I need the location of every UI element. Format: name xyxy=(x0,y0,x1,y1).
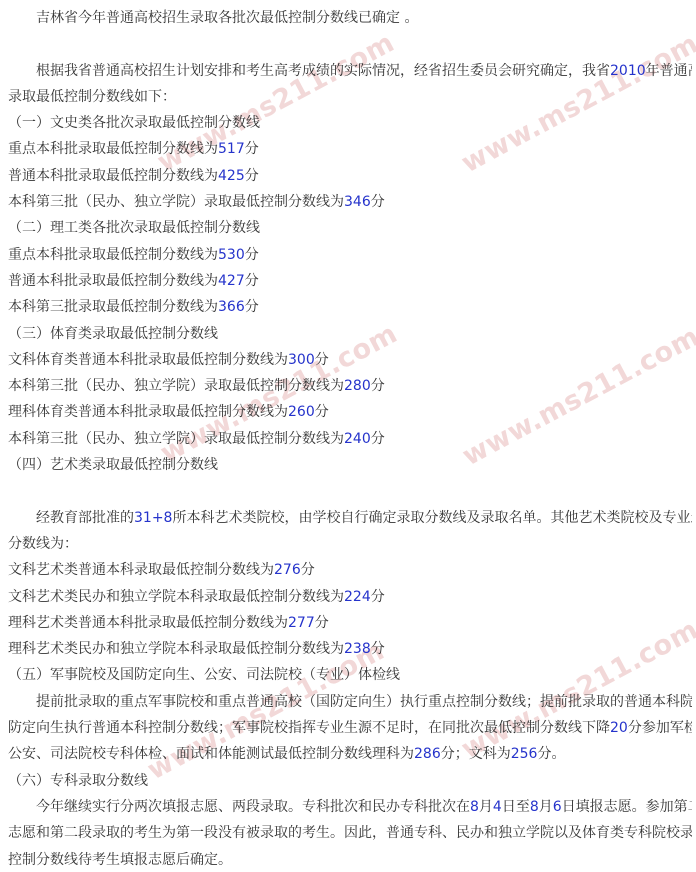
blank-line xyxy=(8,31,692,57)
score-number: 346 xyxy=(344,194,371,210)
text-line: 本科第三批（民办、独立学院）录取最低控制分数线为240分 xyxy=(8,426,692,452)
body-text: 分 xyxy=(371,589,385,605)
body-text: 控制分数线待考生填报志愿后确定。 xyxy=(8,852,232,868)
text-line: 普通本科批录取最低控制分数线为425分 xyxy=(8,163,692,189)
text-line: 录取最低控制分数线如下： xyxy=(8,84,692,110)
score-number: 8 xyxy=(530,799,539,815)
body-text: （一）文史类各批次录取最低控制分数线 xyxy=(8,115,260,131)
text-line: （二）理工类各批次录取最低控制分数线 xyxy=(8,215,692,241)
score-number: 6 xyxy=(553,799,562,815)
body-text: 分。 xyxy=(537,746,565,762)
text-line: （五）军事院校及国防定向生、公安、司法院校（专业）体检线 xyxy=(8,662,692,688)
score-number: 224 xyxy=(344,589,371,605)
body-text: 分 xyxy=(245,247,259,263)
body-text: 公安、司法院校专科体检、面试和体能测试最低控制分数线理科为 xyxy=(8,746,414,762)
document-page: www.ms211.comwww.ms211.comwww.ms211.comw… xyxy=(0,0,696,872)
text-line: （四）艺术类录取最低控制分数线 xyxy=(8,452,692,478)
score-number: 517 xyxy=(218,141,245,157)
score-number: 31+8 xyxy=(134,510,172,526)
body-text: 本科第三批（民办、独立学院）录取最低控制分数线为 xyxy=(8,194,344,210)
body-text: 本科第三批（民办、独立学院）录取最低控制分数线为 xyxy=(8,431,344,447)
score-number: 286 xyxy=(414,746,441,762)
body-text: （四）艺术类录取最低控制分数线 xyxy=(8,457,218,473)
score-number: 280 xyxy=(344,378,371,394)
score-number: 277 xyxy=(288,615,315,631)
body-text: 分 xyxy=(245,141,259,157)
text-line: 重点本科批录取最低控制分数线为517分 xyxy=(8,136,692,162)
score-number: 300 xyxy=(288,352,315,368)
score-number: 238 xyxy=(344,641,371,657)
body-text: 重点本科批录取最低控制分数线为 xyxy=(8,141,218,157)
score-number: 2010 xyxy=(610,63,646,79)
body-text: 日填报志愿。参加第二次填报 xyxy=(562,799,692,815)
text-line: 文科艺术类民办和独立学院本科录取最低控制分数线为224分 xyxy=(8,584,692,610)
body-text: （二）理工类各批次录取最低控制分数线 xyxy=(8,220,260,236)
body-text: 分 xyxy=(315,352,329,368)
text-line: 理科体育类普通本科批录取最低控制分数线为260分 xyxy=(8,399,692,425)
body-text: （三）体育类录取最低控制分数线 xyxy=(8,326,218,342)
text-line: 根据我省普通高校招生计划安排和考生高考成绩的实际情况，经省招生委员会研究确定，我… xyxy=(8,58,692,84)
score-number: 276 xyxy=(274,562,301,578)
text-line: 吉林省今年普通高校招生录取各批次最低控制分数线已确定 。 xyxy=(8,5,692,31)
body-text: 提前批录取的重点军事院校和重点普通高校（国防定向生）执行重点控制分数线；提前批录… xyxy=(36,694,692,710)
body-text: （五）军事院校及国防定向生、公安、司法院校（专业）体检线 xyxy=(8,667,400,683)
body-text: 分数线为： xyxy=(8,536,78,552)
body-text: 文科艺术类民办和独立学院本科录取最低控制分数线为 xyxy=(8,589,344,605)
score-number: 8 xyxy=(470,799,479,815)
text-line: 控制分数线待考生填报志愿后确定。 xyxy=(8,847,692,872)
body-text: 文科艺术类普通本科录取最低控制分数线为 xyxy=(8,562,274,578)
text-line: 志愿和第二段录取的考生为第一段没有被录取的考生。因此，普通专科、民办和独立学院以… xyxy=(8,820,692,846)
text-line: 经教育部批准的31+8所本科艺术类院校，由学校自行确定录取分数线及录取名单。其他… xyxy=(8,505,692,531)
score-number: 260 xyxy=(288,404,315,420)
body-text: 分 xyxy=(315,404,329,420)
score-number: 256 xyxy=(511,746,538,762)
blank-line xyxy=(8,478,692,504)
body-text: 今年继续实行分两次填报志愿、两段录取。专科批次和民办专科批次在 xyxy=(36,799,470,815)
score-number: 530 xyxy=(218,247,245,263)
body-text: 防定向生执行普通本科控制分数线；军事院校指挥专业生源不足时，在同批次最低控制分数… xyxy=(8,720,610,736)
text-line: 本科第三批录取最低控制分数线为366分 xyxy=(8,294,692,320)
text-line: 普通本科批录取最低控制分数线为427分 xyxy=(8,268,692,294)
text-line: 防定向生执行普通本科控制分数线；军事院校指挥专业生源不足时，在同批次最低控制分数… xyxy=(8,715,692,741)
body-text: 月 xyxy=(479,799,493,815)
body-text: 重点本科批录取最低控制分数线为 xyxy=(8,247,218,263)
body-text: （六）专科录取分数线 xyxy=(8,773,148,789)
text-line: （六）专科录取分数线 xyxy=(8,768,692,794)
body-text: 吉林省今年普通高校招生录取各批次最低控制分数线已确定 。 xyxy=(36,10,418,26)
score-number: 4 xyxy=(493,799,502,815)
body-text: 录取最低控制分数线如下： xyxy=(8,89,176,105)
score-number: 20 xyxy=(610,720,628,736)
text-line: 分数线为： xyxy=(8,531,692,557)
body-text: 分参加军检。 xyxy=(628,720,692,736)
body-text: 日至 xyxy=(502,799,530,815)
body-text: 分 xyxy=(301,562,315,578)
body-text: 分 xyxy=(371,194,385,210)
body-text: 普通本科批录取最低控制分数线为 xyxy=(8,273,218,289)
body-text: 分 xyxy=(245,273,259,289)
score-number: 240 xyxy=(344,431,371,447)
body-text: 分 xyxy=(371,431,385,447)
score-number: 425 xyxy=(218,168,245,184)
text-line: （三）体育类录取最低控制分数线 xyxy=(8,321,692,347)
text-line: 本科第三批（民办、独立学院）录取最低控制分数线为280分 xyxy=(8,373,692,399)
text-line: 重点本科批录取最低控制分数线为530分 xyxy=(8,242,692,268)
score-number: 366 xyxy=(218,299,245,315)
body-text: 理科艺术类民办和独立学院本科录取最低控制分数线为 xyxy=(8,641,344,657)
text-line: 提前批录取的重点军事院校和重点普通高校（国防定向生）执行重点控制分数线；提前批录… xyxy=(8,689,692,715)
text-line: 文科艺术类普通本科录取最低控制分数线为276分 xyxy=(8,557,692,583)
body-text: 月 xyxy=(539,799,553,815)
body-text: 分；文科为 xyxy=(441,746,511,762)
text-line: 文科体育类普通本科批录取最低控制分数线为300分 xyxy=(8,347,692,373)
body-text: 分 xyxy=(371,641,385,657)
body-text: 所本科艺术类院校，由学校自行确定录取分数线及录取名单。其他艺术类院校及专业最低控… xyxy=(172,510,692,526)
body-text: 分 xyxy=(371,378,385,394)
body-text: 经教育部批准的 xyxy=(36,510,134,526)
body-text: 理科体育类普通本科批录取最低控制分数线为 xyxy=(8,404,288,420)
body-text: 分 xyxy=(315,615,329,631)
text-line: 理科艺术类普通本科批录取最低控制分数线为277分 xyxy=(8,610,692,636)
body-text: 本科第三批（民办、独立学院）录取最低控制分数线为 xyxy=(8,378,344,394)
body-text: 年普通高校招生 xyxy=(646,63,692,79)
text-line: （一）文史类各批次录取最低控制分数线 xyxy=(8,110,692,136)
body-text: 理科艺术类普通本科批录取最低控制分数线为 xyxy=(8,615,288,631)
body-text: 分 xyxy=(245,299,259,315)
body-text: 本科第三批录取最低控制分数线为 xyxy=(8,299,218,315)
text-line: 本科第三批（民办、独立学院）录取最低控制分数线为346分 xyxy=(8,189,692,215)
body-text: 文科体育类普通本科批录取最低控制分数线为 xyxy=(8,352,288,368)
body-text: 普通本科批录取最低控制分数线为 xyxy=(8,168,218,184)
score-number: 427 xyxy=(218,273,245,289)
body-text: 志愿和第二段录取的考生为第一段没有被录取的考生。因此，普通专科、民办和独立学院以… xyxy=(8,825,692,841)
text-line: 公安、司法院校专科体检、面试和体能测试最低控制分数线理科为286分；文科为256… xyxy=(8,741,692,767)
text-line: 理科艺术类民办和独立学院本科录取最低控制分数线为238分 xyxy=(8,636,692,662)
body-text: 分 xyxy=(245,168,259,184)
body-text: 根据我省普通高校招生计划安排和考生高考成绩的实际情况，经省招生委员会研究确定，我… xyxy=(36,63,610,79)
document-content: 吉林省今年普通高校招生录取各批次最低控制分数线已确定 。根据我省普通高校招生计划… xyxy=(8,5,692,872)
text-line: 今年继续实行分两次填报志愿、两段录取。专科批次和民办专科批次在8月4日至8月6日… xyxy=(8,794,692,820)
